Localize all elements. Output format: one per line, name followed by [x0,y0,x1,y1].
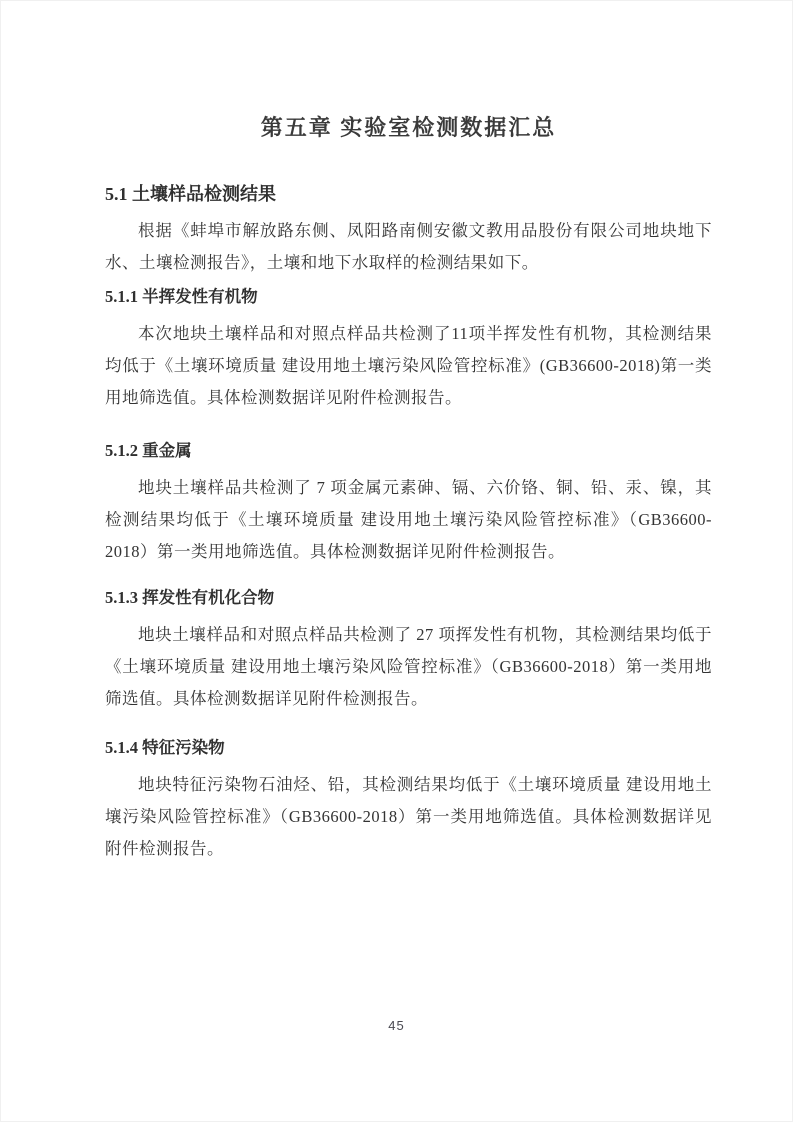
section-5-1-1-paragraph: 本次地块土壤样品和对照点样品共检测了11项半挥发性有机物，其检测结果均低于《土壤… [105,318,712,414]
section-heading-5-1-3: 5.1.3 挥发性有机化合物 [105,585,712,611]
page-number: 45 [0,1018,793,1033]
section-heading-5-1-2: 5.1.2 重金属 [105,438,712,464]
section-heading-5-1: 5.1 土壤样品检测结果 [105,181,712,207]
section-heading-5-1-4: 5.1.4 特征污染物 [105,735,712,761]
section-5-1-4-paragraph: 地块特征污染物石油烃、铅，其检测结果均低于《土壤环境质量 建设用地土壤污染风险管… [105,769,712,865]
document-page: 第五章 实验室检测数据汇总 5.1 土壤样品检测结果 根据《蚌埠市解放路东侧、凤… [0,0,793,1122]
section-5-1-2-paragraph: 地块土壤样品共检测了 7 项金属元素砷、镉、六价铬、铜、铅、汞、镍，其检测结果均… [105,472,712,568]
section-heading-5-1-1: 5.1.1 半挥发性有机物 [105,284,712,310]
section-5-1-3-paragraph: 地块土壤样品和对照点样品共检测了 27 项挥发性有机物，其检测结果均低于《土壤环… [105,619,712,715]
chapter-title: 第五章 实验室检测数据汇总 [105,112,712,144]
section-5-1-paragraph: 根据《蚌埠市解放路东侧、凤阳路南侧安徽文教用品股份有限公司地块地下水、土壤检测报… [105,215,712,279]
